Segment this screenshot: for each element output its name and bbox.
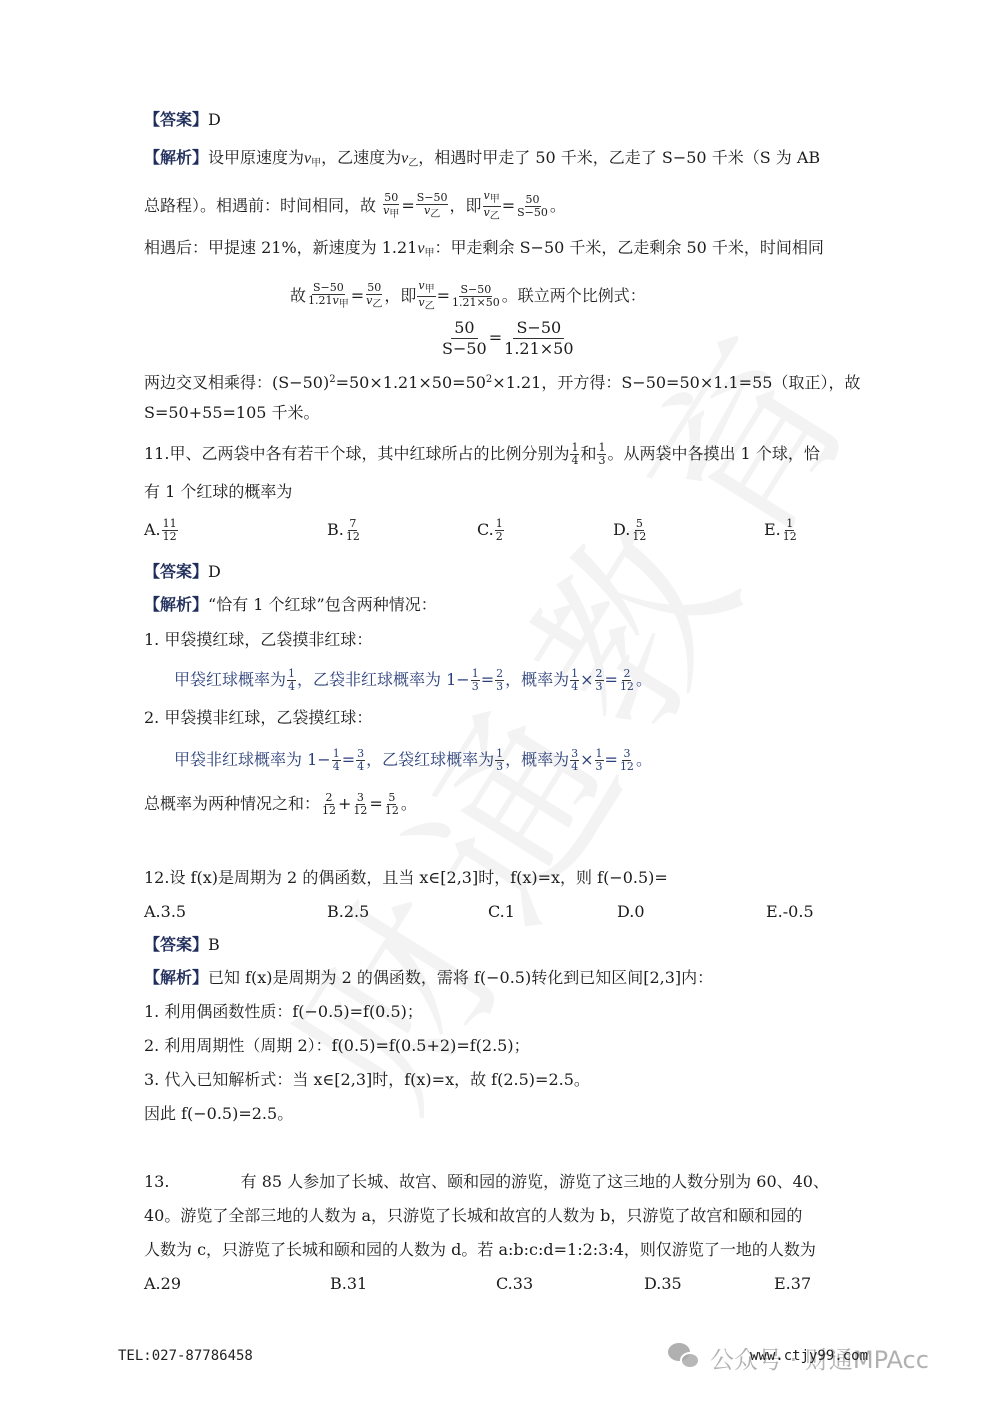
fraction: 50S−50: [516, 194, 549, 219]
q11-case2: 2. 甲袋摸非红球，乙袋摸红球：: [144, 708, 372, 728]
q10-analysis-line2: 总路程）。相遇前：时间相同，故 50v甲=S−50v乙，即v甲v乙=50S−50…: [144, 190, 566, 223]
document-page: 财通教育 【答案】D 【解析】设甲原速度为v甲，乙速度为v乙，相遇时甲走了 50…: [0, 0, 992, 1403]
q10-cross-multiply: 两边交叉相乘得：(S−50)2=50×1.21×50=502×1.21，开方得：…: [144, 370, 860, 393]
q11-option-d: D.512: [613, 518, 648, 543]
fraction: 50v甲: [382, 192, 400, 221]
q11-option-a: A.1112: [144, 518, 179, 543]
q10-after-formula: 故S−501.21v甲=50v乙，即v甲v乙=S−501.21×50。联立两个比…: [290, 280, 646, 313]
fraction: v甲v乙: [417, 280, 435, 313]
fraction: S−501.21v甲: [307, 282, 350, 311]
q13-stem-line2: 40。游览了全部三地的人数为 a，只游览了长城和故宫的人数为 b，只游览了故宫和…: [144, 1206, 802, 1226]
q12-conclusion: 因此 f(−0.5)=2.5。: [144, 1104, 293, 1124]
q11-option-e: E.112: [764, 518, 799, 543]
q12-step-3: 3. 代入已知解析式：当 x∈[2,3]时，f(x)=x，故 f(2.5)=2.…: [144, 1070, 590, 1090]
q13-stem-line3: 人数为 c，只游览了长城和颐和园的人数为 d。若 a:b:c:d=1:2:3:4…: [144, 1240, 816, 1260]
q10-answer: 【答案】D: [144, 110, 221, 130]
footer-website[interactable]: www.ctjy99.com: [750, 1348, 868, 1364]
q11-stem-line1: 11.甲、乙两袋中各有若干个球，其中红球所占的比例分别为14和13。从两袋中各摸…: [144, 442, 820, 467]
fraction: S−501.21×50: [451, 284, 501, 309]
footer-phone: TEL:027-87786458: [118, 1348, 253, 1364]
q12-answer: 【答案】B: [144, 935, 220, 955]
q12-option-e: E.-0.5: [766, 902, 814, 921]
q10-proportion-equation: 50S−50=S−501.21×50: [440, 318, 576, 359]
q12-step-1: 1. 利用偶函数性质：f(−0.5)=f(0.5)；: [144, 1002, 423, 1022]
q11-answer: 【答案】D: [144, 562, 221, 582]
q12-option-b: B.2.5: [327, 902, 369, 921]
q12-option-d: D.0: [617, 902, 645, 921]
q12-analysis: 【解析】已知 f(x)是周期为 2 的偶函数，需将 f(−0.5)转化到已知区间…: [144, 968, 713, 988]
q10-analysis-line1: 【解析】设甲原速度为v甲，乙速度为v乙，相遇时甲走了 50 千米，乙走了 S−5…: [144, 148, 820, 174]
q11-analysis: 【解析】“恰有 1 个红球”包含两种情况：: [144, 595, 437, 615]
q10-result: S=50+55=105 千米。: [144, 403, 320, 423]
q12-step-2: 2. 利用周期性（周期 2）：f(0.5)=f(0.5+2)=f(2.5)；: [144, 1036, 530, 1056]
q11-case2-detail: 甲袋非红球概率为 1−14=34，乙袋红球概率为13，概率为34×13=312。: [174, 748, 652, 773]
q11-option-c: C.12: [477, 518, 505, 543]
q12-option-c: C.1: [488, 902, 515, 921]
q11-option-b: B.712: [327, 518, 362, 543]
wechat-icon: [668, 1343, 702, 1373]
q13-option-e: E.37: [774, 1274, 811, 1293]
q13-option-d: D.35: [644, 1274, 682, 1293]
fraction: S−50v乙: [416, 192, 449, 221]
q13-option-c: C.33: [496, 1274, 533, 1293]
q11-stem-line2: 有 1 个红球的概率为: [144, 482, 292, 502]
q11-total: 总概率为两种情况之和：212+312=512。: [144, 792, 417, 817]
q11-case1-detail: 甲袋红球概率为14，乙袋非红球概率为 1−13=23，概率为14×23=212。: [174, 668, 652, 693]
q13-stem-line1: 13. 有 85 人参加了长城、故宫、颐和园的游览，游览了这三地的人数分别为 6…: [144, 1172, 829, 1192]
q12-option-a: A.3.5: [144, 902, 186, 921]
fraction: 50v乙: [365, 282, 383, 311]
fraction: v甲v乙: [483, 190, 501, 223]
q11-case1: 1. 甲袋摸红球，乙袋摸非红球：: [144, 630, 372, 650]
q13-option-b: B.31: [330, 1274, 367, 1293]
q10-after-line: 相遇后：甲提速 21%，新速度为 1.21v甲：甲走剩余 S−50 千米，乙走剩…: [144, 238, 824, 264]
q12-stem: 12.设 f(x)是周期为 2 的偶函数，且当 x∈[2,3]时，f(x)=x，…: [144, 868, 668, 888]
q13-option-a: A.29: [144, 1274, 181, 1293]
